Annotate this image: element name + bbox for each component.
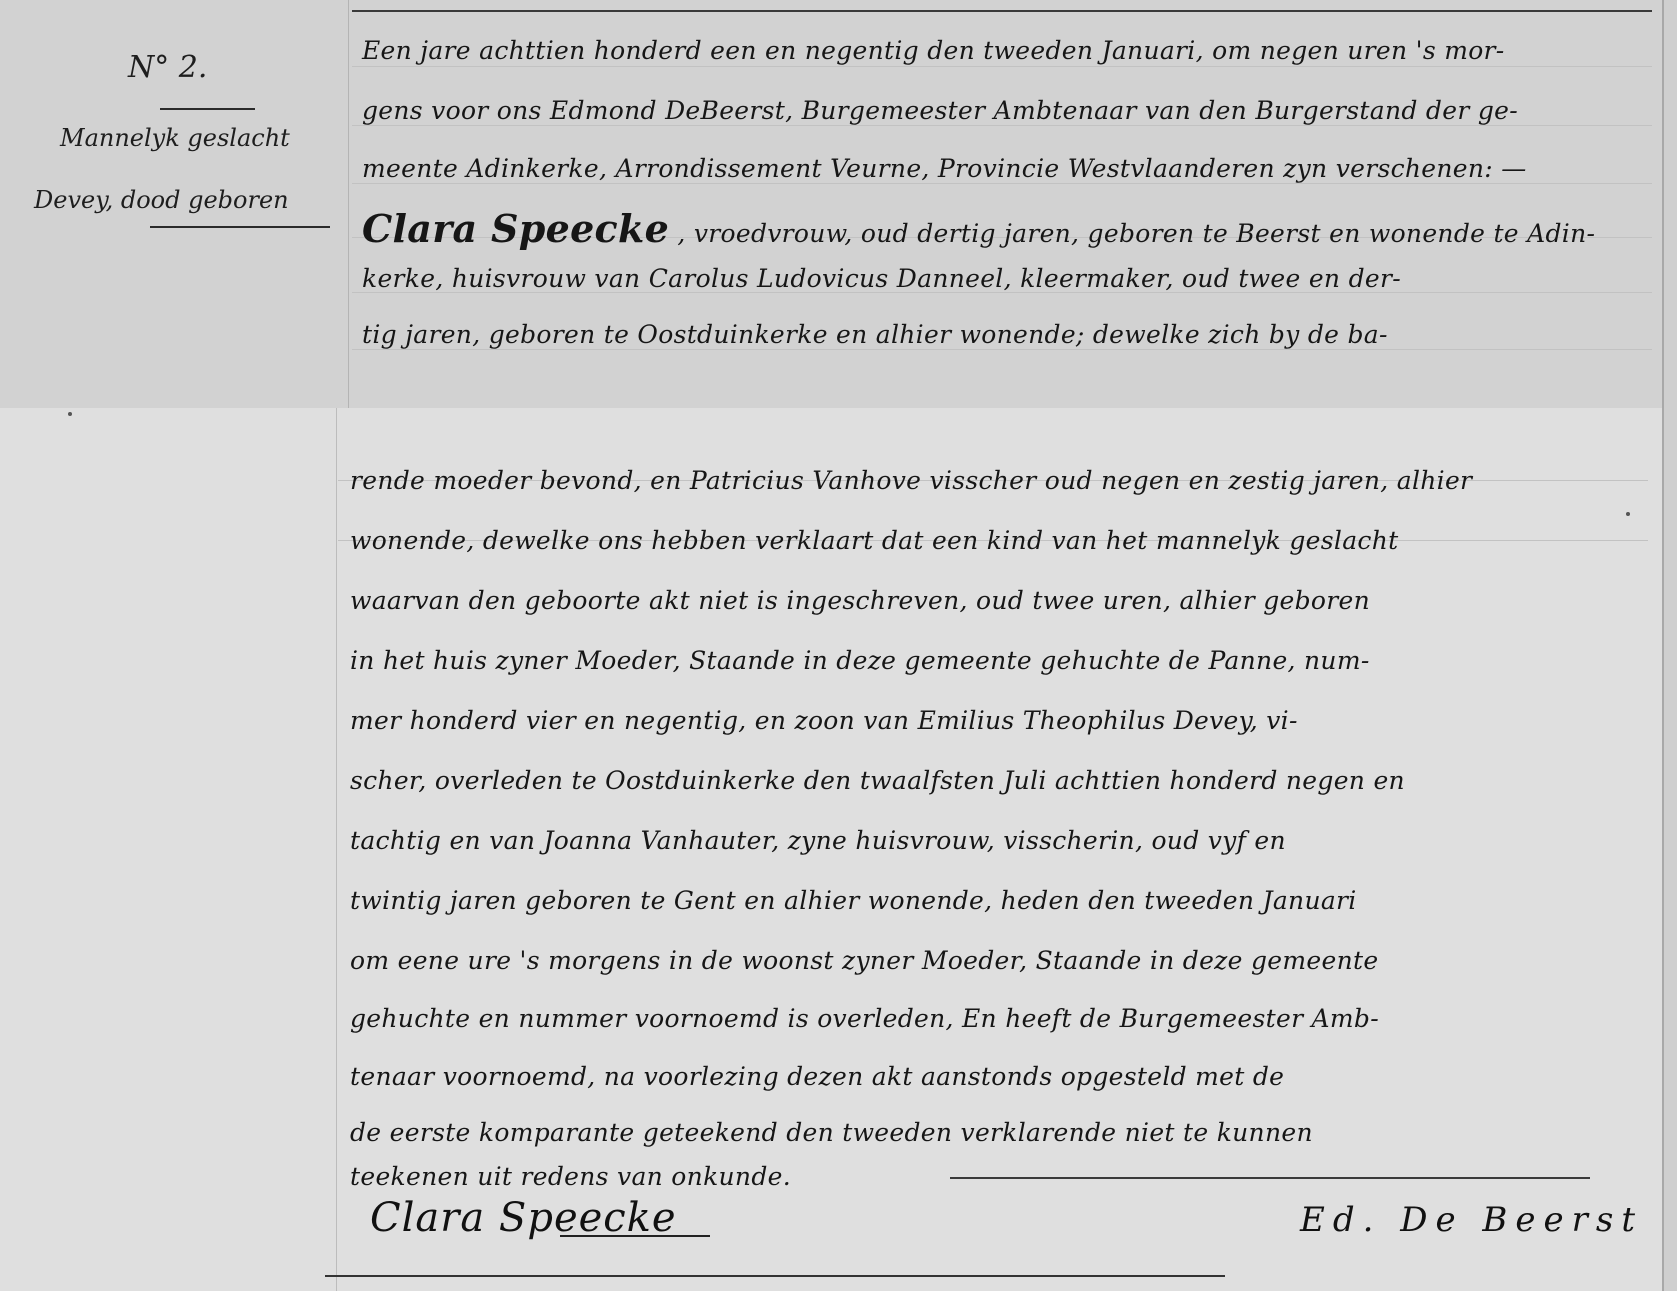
body-line: gehuchte en nummer voornoemd is overlede…	[350, 1004, 1379, 1033]
scan-speck	[1626, 512, 1630, 516]
ruled-line	[352, 125, 1652, 126]
body-line: in het huis zyner Moeder, Staande in dez…	[350, 646, 1370, 675]
body-line: tachtig en van Joanna Vanhauter, zyne hu…	[350, 826, 1286, 855]
margin-rule	[348, 0, 349, 408]
margin-sex-note: Mannelyk geslacht	[60, 124, 290, 152]
body-line: waarvan den geboorte akt niet is ingesch…	[350, 586, 1370, 615]
body-line: rende moeder bevond, en Patricius Vanhov…	[350, 466, 1472, 495]
body-line-rest: , vroedvrouw, oud dertig jaren, geboren …	[677, 219, 1595, 248]
margin-rule	[336, 408, 337, 1291]
body-line: Een jare achttien honderd een en negenti…	[362, 36, 1505, 65]
scan-speck	[68, 412, 72, 416]
body-line: tig jaren, geboren te Oostduinkerke en a…	[362, 320, 1388, 349]
entry-number: N° 2.	[128, 50, 207, 85]
closing-rule	[950, 1177, 1590, 1179]
body-line: Clara Speecke , vroedvrouw, oud dertig j…	[362, 206, 1595, 251]
entry-number-underline	[160, 108, 255, 110]
body-line: twintig jaren geboren te Gent en alhier …	[350, 886, 1357, 915]
declarant-name: Clara Speecke	[362, 206, 669, 251]
body-line: de eerste komparante geteekend den tweed…	[350, 1118, 1313, 1147]
body-line: mer honderd vier en negentig, en zoon va…	[350, 706, 1298, 735]
body-line: teekenen uit redens van onkunde.	[350, 1162, 791, 1191]
ruled-line	[352, 66, 1652, 67]
margin-name-underline	[150, 226, 330, 228]
ruled-line	[352, 183, 1652, 184]
entry-top-rule	[352, 10, 1652, 12]
page-edge-outer	[1664, 0, 1677, 1291]
ruled-line	[352, 349, 1652, 350]
body-line: wonende, dewelke ons hebben verklaart da…	[350, 526, 1398, 555]
page-edge	[1662, 0, 1664, 1291]
body-line: gens voor ons Edmond DeBeerst, Burgemees…	[362, 96, 1518, 125]
entry-bottom-rule	[325, 1275, 1225, 1277]
margin-name-note: Devey, dood geboren	[34, 186, 289, 214]
body-line: scher, overleden te Oostduinkerke den tw…	[350, 766, 1405, 795]
body-line: kerke, huisvrouw van Carolus Ludovicus D…	[362, 264, 1401, 293]
signature-official: Ed. De Beerst	[1300, 1200, 1643, 1240]
body-line: om eene ure 's morgens in de woonst zyne…	[350, 946, 1378, 975]
body-line: meente Adinkerke, Arrondissement Veurne,…	[362, 154, 1527, 183]
signature-flourish	[560, 1235, 710, 1237]
body-line: tenaar voornoemd, na voorlezing dezen ak…	[350, 1062, 1284, 1091]
